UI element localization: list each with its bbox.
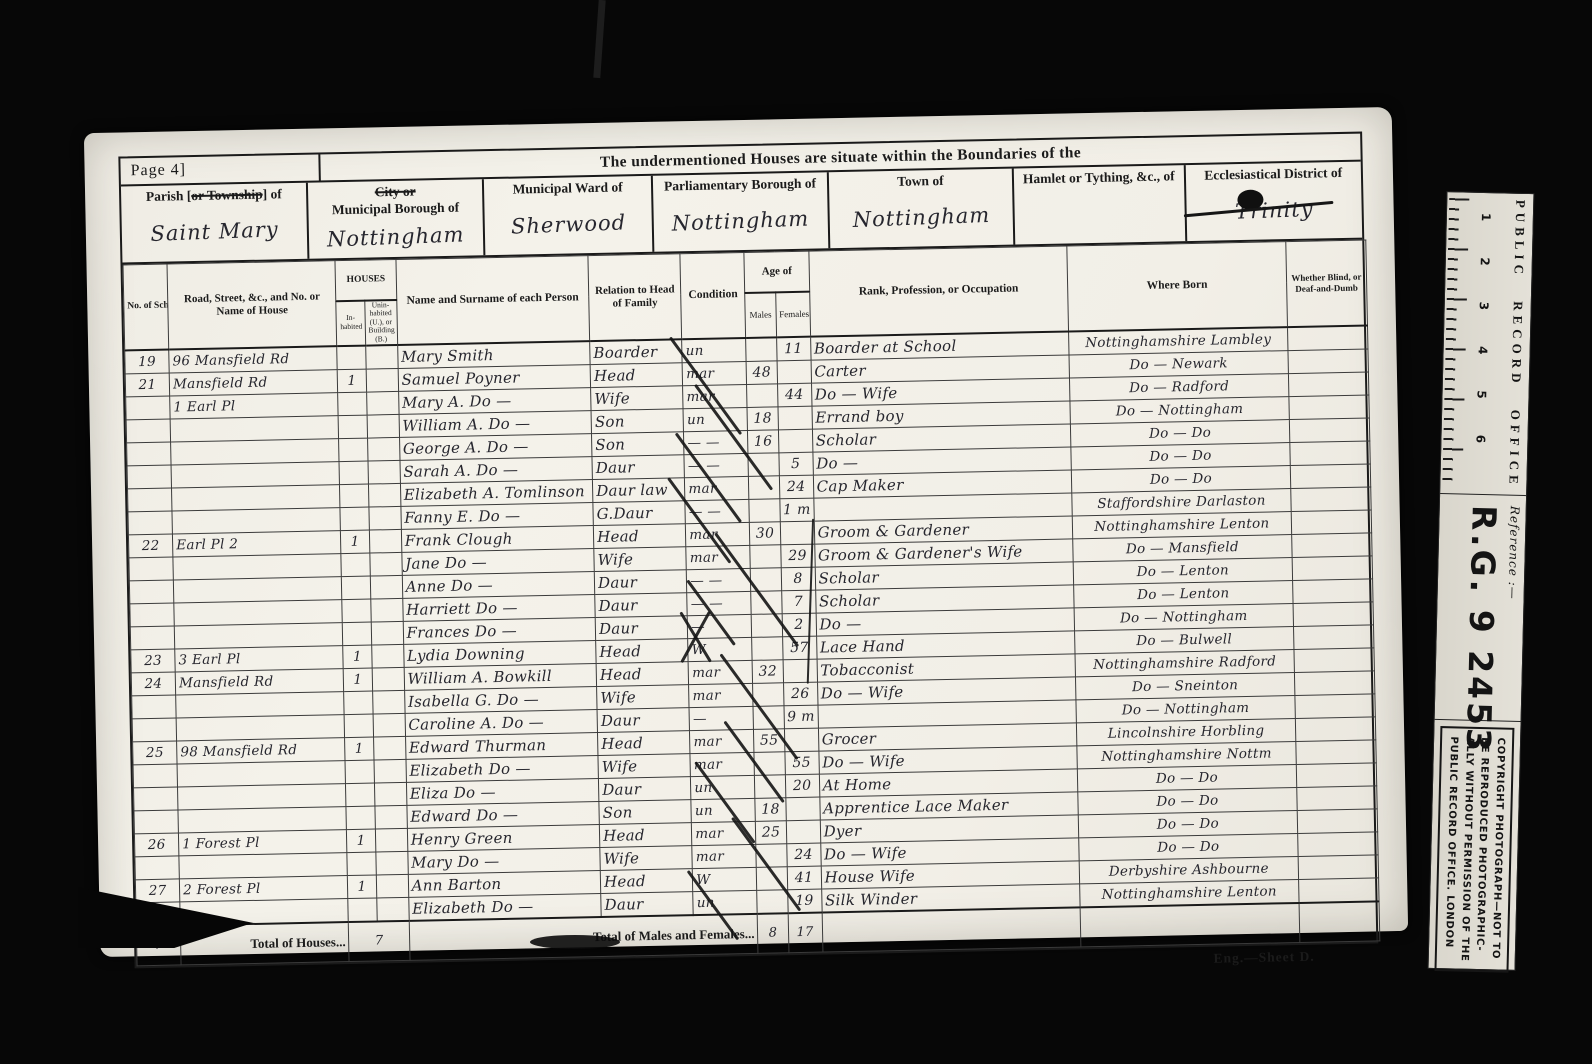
cell-inhabited [339,461,368,485]
cell-inhabited: 1 [343,645,372,669]
cell-uninhabited [374,759,407,783]
cell-relation: Wife [591,385,684,410]
col-females: Females [775,291,810,337]
parish-value: Saint Mary [125,201,304,262]
cell-address: 1 Forest Pl [179,829,348,855]
cell-address: 1 Earl Pl [170,392,339,418]
cell-uninhabited [368,506,401,530]
cell-age-male: 48 [747,360,778,384]
cell-condition: — — [687,568,752,592]
cell-age-male [746,337,777,361]
cell-uninhabited [374,782,407,806]
cell-uninhabited [371,621,404,645]
cell-uninhabited [371,644,404,668]
cell-schedule: 21 [125,373,170,397]
cell-address [171,438,340,464]
cell-relation: Wife [597,684,690,709]
cell-address: 98 Mansfield Rd [177,737,346,763]
census-form: Page 4] The undermentioned Houses are si… [118,132,1378,968]
cell-infirmity [1290,441,1371,466]
hamlet-value [1018,184,1181,244]
cell-address [177,760,346,786]
cell-inhabited [344,691,373,715]
cell-relation: Daur [592,454,685,479]
cell-address [176,714,345,740]
cell-inhabited: 1 [345,737,374,761]
cell-age-male: 18 [755,797,786,821]
reference-number: R.G. 9 2453 [1460,505,1504,711]
cell-age-female: 44 [777,383,812,407]
cell-uninhabited [374,805,407,829]
cell-infirmity [1294,671,1375,696]
cell-age-female: 26 [783,682,818,706]
cell-age-female [784,728,819,752]
col-road: Road, Street, &c., and No. or Name of Ho… [167,261,337,349]
cell-condition: un [682,338,747,363]
cell-age-male [748,452,779,476]
cell-age-female: 8 [781,567,816,591]
cell-age-female [777,406,812,430]
cell-age-male [752,636,783,660]
cell-address [178,783,347,809]
cell-inhabited [340,484,369,508]
cell-age-male [747,383,778,407]
cell-schedule: 19 [125,349,170,373]
cell-infirmity [1293,625,1374,650]
cell-age-male [752,613,783,637]
cell-infirmity [1298,855,1379,880]
borough-label: City orMunicipal Borough of [312,182,478,219]
cell-schedule [134,787,179,811]
cell-schedule [126,396,171,420]
cell-schedule [132,695,177,719]
cell-condition: mar [690,752,755,776]
cell-uninhabited [375,828,408,852]
cell-age-female: 19 [787,889,822,913]
ruler-section: PUBLIC RECORD OFFICE 1 2 3 4 5 6 [1440,192,1533,496]
col-males: Males [745,292,776,338]
cell-address [179,852,348,878]
public-record-office-label: PUBLIC RECORD OFFICE [1505,200,1528,489]
cell-age-male [753,705,784,729]
col-uninhabited: Unin-habited (U.), or Building (B.) [364,299,397,345]
cell-infirmity [1295,694,1376,719]
header-box-ward: Municipal Ward of Sherwood [484,176,655,255]
cell-relation: Daur [601,891,694,916]
cell-infirmity [1289,418,1370,443]
cell-age-male: 30 [750,521,781,545]
cell-condition: mar [689,683,754,707]
cell-relation: Daur [598,776,691,801]
census-table: No. of Schedule Road, Street, &c., and N… [123,239,1381,965]
cell-inhabited [348,898,377,922]
cell-infirmity [1290,464,1371,489]
cell-uninhabited [376,874,409,898]
cell-uninhabited [367,414,400,438]
cell-address [173,553,342,579]
col-infirmity: Whether Blind, or Deaf-and-Dumb [1285,240,1367,327]
cell-relation: Head [596,638,689,663]
cell-age-female: 24 [786,843,821,867]
cell-age-male [753,682,784,706]
cell-uninhabited [366,391,399,415]
cell-relation: Son [599,799,692,824]
census-sheet: Page 4] The undermentioned Houses are si… [84,107,1408,957]
parliamentary-value: Nottingham [657,191,824,251]
cell-condition: un [693,890,758,915]
cell-age-male [750,544,781,568]
cell-condition: mar [690,729,755,753]
cell-relation: Wife [594,546,687,571]
cell-condition: — — [684,453,749,477]
cell-age-female: 57 [782,636,817,660]
cell-age-male: 16 [748,429,779,453]
cell-inhabited [342,599,371,623]
cell-age-female [785,797,820,821]
header-box-parish: Parish [or Township] of Saint Mary [121,183,310,263]
cell-schedule: 23 [131,649,176,673]
cell-relation: Wife [600,845,693,870]
cell-relation: Daur law [592,477,685,502]
copyright-section: COPYRIGHT PHOTOGRAPH—NOT TO BE REPRODUCE… [1428,720,1520,979]
cell-uninhabited [368,483,401,507]
cell-address [176,691,345,717]
cell-schedule: 26 [134,833,179,857]
cell-address [178,806,347,832]
cell-inhabited: 1 [347,829,376,853]
cell-condition: un [691,775,756,799]
col-schedule: No. of Schedule [123,264,169,350]
col-name: Name and Surname of each Person [396,256,590,345]
cell-age-female [786,820,821,844]
ecclesiastical-value: Trinity [1189,180,1358,240]
cell-age-female: 41 [787,866,822,890]
cell-condition: mar [688,660,753,684]
cell-schedule [129,580,174,604]
cell-uninhabited [370,598,403,622]
cell-age-female: 2 [782,613,817,637]
reference-strip: PUBLIC RECORD OFFICE 1 2 3 4 5 6 Referen… [1428,191,1535,971]
cell-schedule: 24 [131,672,176,696]
cell-age-female: 24 [779,475,814,499]
cell-inhabited: 1 [348,875,377,899]
cell-infirmity [1296,740,1377,765]
cell-condition: — — [684,430,749,454]
cell-relation: Daur [595,615,688,640]
header-box-borough: City orMunicipal Borough of Nottingham [308,179,485,259]
cell-schedule: 27 [135,879,180,903]
cell-condition: mar [685,476,750,500]
cell-condition: — [687,614,752,638]
cell-infirmity [1295,717,1376,742]
col-condition: Condition [680,252,746,338]
cell-age-male: 32 [753,659,784,683]
cell-relation: Head [599,822,692,847]
cell-age-male [756,843,787,867]
cell-uninhabited [367,437,400,461]
cell-inhabited [339,438,368,462]
cell-address: 2 Forest Pl [179,875,348,901]
cell-condition: un [691,798,756,822]
cell-address [172,484,341,510]
ward-value: Sherwood [488,194,649,254]
cell-age-female [780,521,815,545]
cell-relation: Boarder [590,339,683,364]
cell-age-male [755,774,786,798]
reference-label: Reference :— [1503,506,1522,711]
cell-inhabited [341,553,370,577]
cell-age-female: 20 [785,774,820,798]
cell-age-male [749,475,780,499]
cell-age-male [751,567,782,591]
cell-schedule [127,442,172,466]
cell-inhabited [346,783,375,807]
cell-age-female [778,429,813,453]
cell-infirmity [1296,786,1377,811]
cell-condition: W [693,867,758,891]
scan-artifact-scratch [593,0,605,78]
cell-age-male: 55 [754,728,785,752]
cell-age-female: 1 m [779,498,814,522]
cell-inhabited: 1 [344,668,373,692]
cell-inhabited [347,852,376,876]
cell-uninhabited [372,667,405,691]
cell-infirmity [1291,510,1372,535]
cell-infirmity [1290,487,1371,512]
cell-address [174,622,343,648]
cell-relation: Head [600,868,693,893]
cell-infirmity [1288,349,1369,374]
cell-schedule [128,511,173,535]
ruler: 1 2 3 4 5 6 [1442,198,1493,488]
cell-age-male [749,498,780,522]
cell-age-female: 7 [781,590,816,614]
cell-address: Mansfield Rd [169,369,338,395]
cell-uninhabited [368,460,401,484]
header-box-hamlet: Hamlet or Tything, &c., of [1014,165,1187,244]
cell-address: Earl Pl 2 [173,530,342,556]
cell-inhabited [345,760,374,784]
cell-schedule: 25 [133,741,178,765]
cell-schedule [134,810,179,834]
cell-infirmity [1287,325,1368,350]
cell-inhabited [346,806,375,830]
cell-uninhabited [369,529,402,553]
cell-relation: Son [592,431,685,456]
cell-age-female [783,659,818,683]
cell-infirmity [1291,533,1372,558]
cell-infirmity [1297,809,1378,834]
cell-address [172,507,341,533]
cell-age-male: 25 [756,820,787,844]
cell-age-female: 55 [784,751,819,775]
cell-relation: Daur [597,707,690,732]
cell-address: 3 Earl Pl [175,645,344,671]
cell-condition: mar [682,361,747,385]
town-value: Nottingham [832,187,1009,248]
cell-uninhabited [372,690,405,714]
page-number: Page 4] [120,154,320,184]
cell-infirmity [1289,395,1370,420]
cell-age-male [757,866,788,890]
cell-age-female: 9 m [783,705,818,729]
cell-relation: Head [598,730,691,755]
cell-relation: G.Daur [593,500,686,525]
total-males-value: 8 [758,913,789,953]
cell-uninhabited [373,736,406,760]
cell-uninhabited [366,368,399,392]
cell-inhabited [337,345,366,369]
cell-condition: mar [683,384,748,408]
cell-inhabited [338,392,367,416]
cell-relation: Daur [594,569,687,594]
copyright-notice: COPYRIGHT PHOTOGRAPH—NOT TO BE REPRODUCE… [1434,726,1514,973]
header-box-parliamentary: Parliamentary Borough of Nottingham [653,172,830,252]
cell-uninhabited [369,552,402,576]
cell-age-male [751,590,782,614]
cell-infirmity [1292,556,1373,581]
col-age: Age of [744,251,809,292]
cell-inhabited [342,576,371,600]
cell-uninhabited [373,713,406,737]
total-houses-value: 7 [349,920,410,961]
cell-address [171,461,340,487]
reference-section: Reference :— R.G. 9 2453 [1435,494,1526,722]
cell-address: Mansfield Rd [175,668,344,694]
cell-age-female: 29 [780,544,815,568]
cell-age-female: 11 [776,336,811,360]
ruler-numbers: 1 2 3 4 5 6 [1472,213,1493,488]
cell-uninhabited [365,345,398,369]
cell-address [174,599,343,625]
cell-uninhabited [376,897,409,921]
cell-infirmity [1292,579,1373,604]
reference-strip-label: PUBLIC RECORD OFFICE 1 2 3 4 5 6 Referen… [1428,191,1535,971]
header-box-town: Town of Nottingham [829,169,1016,249]
cell-inhabited: 1 [338,369,367,393]
cell-address [173,576,342,602]
cell-age-male [754,751,785,775]
cell-condition: — — [685,499,750,523]
cell-relation: Daur [595,592,688,617]
cell-infirmity [1296,763,1377,788]
cell-infirmity [1294,648,1375,673]
cell-schedule [132,718,177,742]
cell-condition: mar [686,545,751,569]
cell-address: 96 Mansfield Rd [169,346,338,373]
cell-condition: mar [686,522,751,546]
cell-uninhabited [375,851,408,875]
cell-schedule [133,764,178,788]
cell-condition: un [683,407,748,431]
scan-artifact-blob [530,935,620,949]
cell-relation: Son [591,408,684,433]
cell-schedule [127,465,172,489]
col-born: Where Born [1067,242,1287,331]
cell-condition: mar [692,821,757,845]
cell-condition: W [688,637,753,661]
census-table-body: 19 96 Mansfield Rd Mary Smith Boarder un… [125,325,1379,926]
cell-age-female: 5 [778,452,813,476]
cell-inhabited [345,714,374,738]
cell-infirmity [1297,832,1378,857]
borough-value: Nottingham [313,215,480,258]
cell-address [170,415,339,441]
cell-infirmity [1293,602,1374,627]
cell-age-female [777,360,812,384]
cell-inhabited: 1 [341,530,370,554]
cell-schedule [135,856,180,880]
cell-condition: — [689,706,754,730]
cell-age-male [757,889,788,913]
col-houses: HOUSES [335,259,396,300]
cell-schedule [130,626,175,650]
cell-relation: Head [590,362,683,387]
cell-condition: mar [692,844,757,868]
cell-infirmity [1298,877,1379,902]
cell-condition: — — [687,591,752,615]
cell-relation: Wife [598,753,691,778]
header-box-ecclesiastical: Ecclesiastical District of Trinity [1185,162,1362,242]
cell-schedule [126,419,171,443]
cell-schedule [130,603,175,627]
total-females-value: 17 [788,912,823,952]
col-occupation: Rank, Profession, or Occupation [808,246,1068,336]
cell-schedule: 22 [128,534,173,558]
cell-inhabited [339,415,368,439]
cell-relation: Head [593,523,686,548]
cell-inhabited [343,622,372,646]
cell-inhabited [340,507,369,531]
col-inhabited: In-habited [336,300,365,346]
cell-age-male: 18 [747,406,778,430]
cell-uninhabited [370,575,403,599]
col-relation: Relation to Head of Family [588,254,682,341]
cell-infirmity [1288,372,1369,397]
cell-relation: Head [596,661,689,686]
cell-schedule [128,488,173,512]
cell-schedule [129,557,174,581]
